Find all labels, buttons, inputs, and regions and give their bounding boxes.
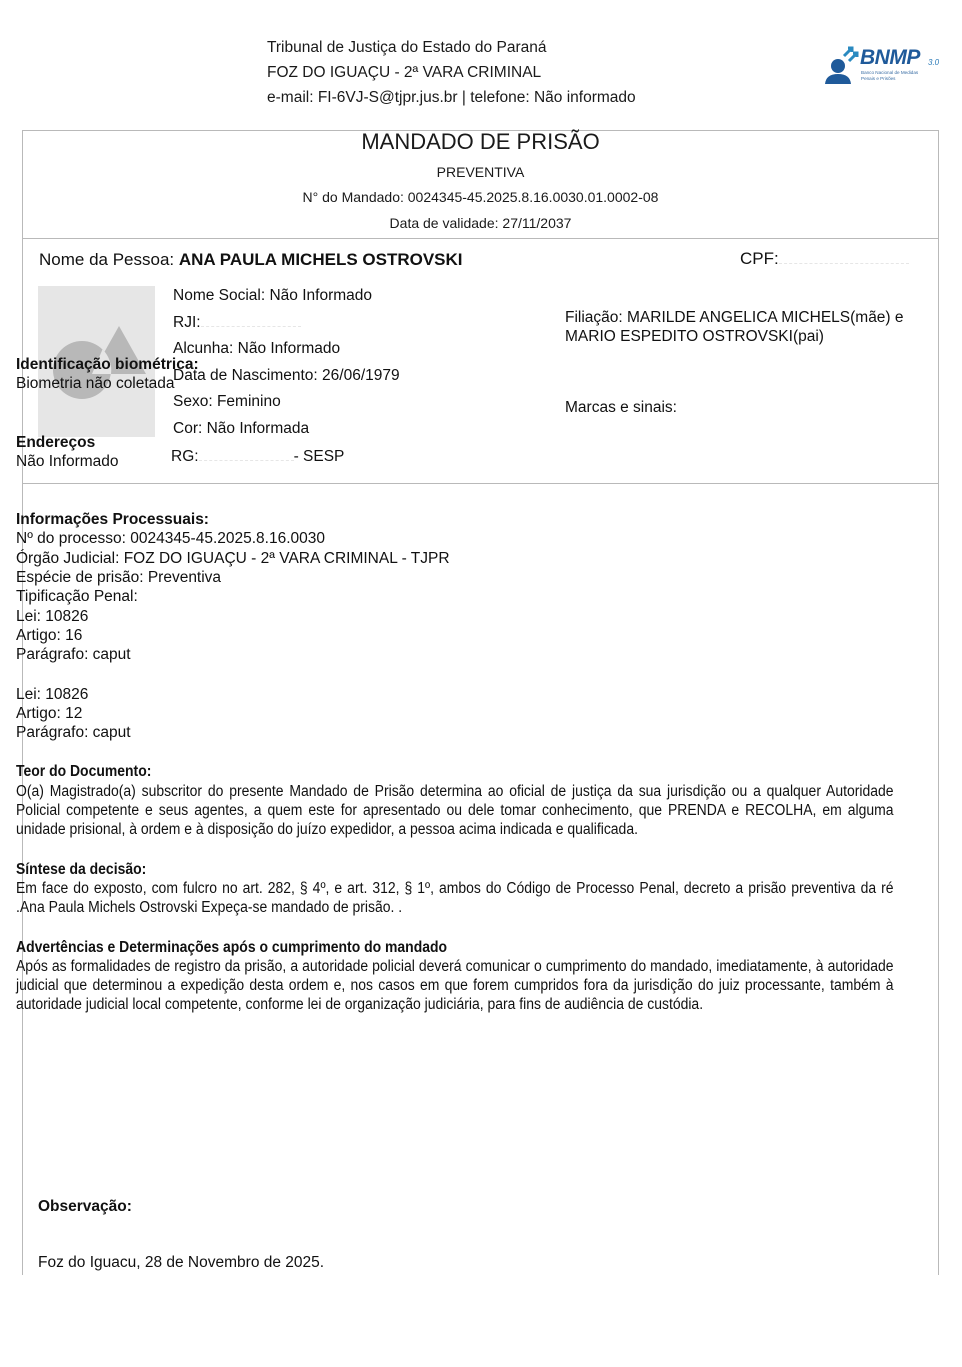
place-date: Foz do Iguacu, 28 de Novembro de 2025.	[38, 1254, 324, 1272]
addresses-text: Não Informado	[16, 452, 894, 471]
logo-version: 3.0	[928, 58, 939, 67]
process-number: Nº do processo: 0024345-45.2025.8.16.003…	[16, 529, 894, 548]
social-name-field: Nome Social: Não Informado	[173, 283, 400, 310]
rji-redacted	[201, 315, 301, 327]
logo-brand: BNMP	[860, 46, 920, 70]
logo-subtitle: Banco Nacional de Medidas Penais e Prisõ…	[861, 70, 931, 81]
decision-title: Síntese da decisão:	[16, 860, 894, 879]
decision-text: Em face do exposto, com fulcro no art. 2…	[16, 879, 894, 918]
warnings-text: Após as formalidades de registro da pris…	[16, 957, 894, 1015]
cpf-redacted	[779, 252, 909, 264]
biometric-text: Biometria não coletada	[16, 374, 894, 393]
warrant-body: Identificação biométrica: Biometria não …	[16, 355, 894, 1015]
typification-paragraph: Parágrafo: caput	[16, 645, 894, 664]
typification-paragraph: Parágrafo: caput	[16, 723, 894, 742]
person-with-arrows-icon	[822, 44, 862, 88]
cpf-row: CPF:	[740, 249, 909, 269]
typification-article: Artigo: 16	[16, 626, 894, 645]
warrant-title-block: MANDADO DE PRISÃO PREVENTIVA N° do Manda…	[23, 131, 938, 231]
warrant-number: N° do Mandado: 0024345-45.2025.8.16.0030…	[23, 189, 938, 205]
content-text: O(a) Magistrado(a) subscritor do present…	[16, 782, 894, 840]
warrant-title: MANDADO DE PRISÃO	[23, 129, 938, 155]
addresses-title: Endereços	[16, 433, 894, 452]
cpf-label: CPF:	[740, 249, 779, 268]
process-title: Informações Processuais:	[16, 510, 894, 529]
process-court: Órgão Judicial: FOZ DO IGUAÇU - 2ª VARA …	[16, 549, 894, 568]
warrant-validity: Data de validade: 27/11/2037	[23, 215, 938, 231]
court-header: Tribunal de Justiça do Estado do Paraná …	[267, 35, 636, 110]
person-name: ANA PAULA MICHELS OSTROVSKI	[179, 250, 463, 269]
court-name: Tribunal de Justiça do Estado do Paraná	[267, 35, 636, 60]
content-section: Teor do Documento: O(a) Magistrado(a) su…	[16, 762, 894, 1014]
bnmp-logo: BNMP 3.0 Banco Nacional de Medidas Penai…	[822, 44, 947, 88]
typification-label: Tipificação Penal:	[16, 587, 894, 606]
process-kind: Espécie de prisão: Preventiva	[16, 568, 894, 587]
person-name-label: Nome da Pessoa:	[39, 250, 179, 269]
rji-field: RJI:	[173, 310, 400, 337]
warrant-type: PREVENTIVA	[23, 164, 938, 180]
person-name-row: Nome da Pessoa: ANA PAULA MICHELS OSTROV…	[39, 250, 463, 270]
court-unit: FOZ DO IGUAÇU - 2ª VARA CRIMINAL	[267, 60, 636, 85]
filiation-field: Filiação: MARILDE ANGELICA MICHELS(mãe) …	[565, 308, 935, 346]
content-title: Teor do Documento:	[16, 762, 894, 781]
typification-article: Artigo: 12	[16, 704, 894, 723]
court-contact: e-mail: FI-6VJ-S@tjpr.jus.br | telefone:…	[267, 85, 636, 110]
observation-title: Observação:	[38, 1198, 132, 1216]
biometric-title: Identificação biométrica:	[16, 355, 894, 374]
typification-law: Lei: 10826	[16, 607, 894, 626]
typification-law: Lei: 10826	[16, 685, 894, 704]
divider	[23, 238, 938, 239]
warnings-title: Advertências e Determinações após o cump…	[16, 938, 894, 957]
